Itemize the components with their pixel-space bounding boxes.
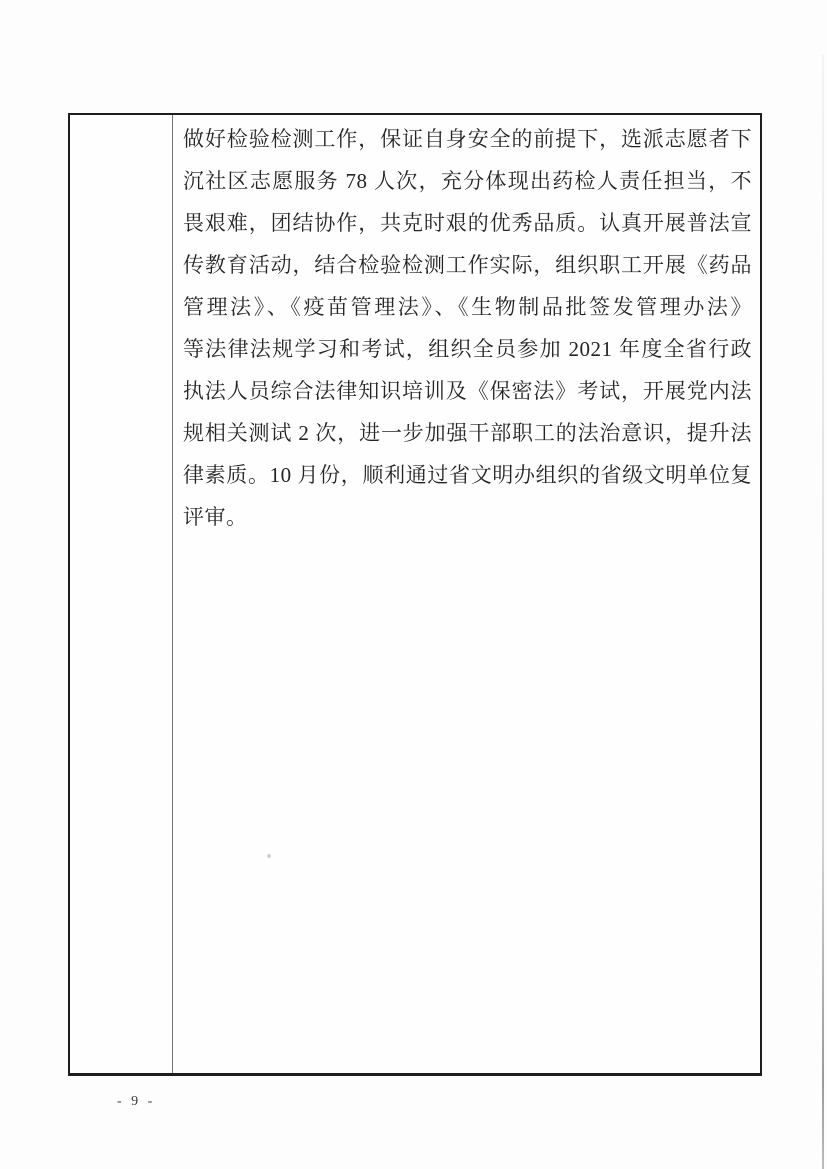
text-line: 管理法》、《疫苗管理法》、《生物制品批签发管理办法》 [183, 286, 752, 328]
text-line: 畏艰难，团结协作，共克时艰的优秀品质。认真开展普法宣 [183, 202, 752, 244]
table-content-cell: 做好检验检测工作，保证自身安全的前提下，选派志愿者下 沉社区志愿服务 78 人次… [173, 115, 760, 1073]
scan-speck [267, 854, 271, 858]
text-line: 等法律法规学习和考试，组织全员参加 2021 年度全省行政 [183, 328, 752, 370]
page-number: - 9 - [117, 1094, 155, 1110]
text-line: 律素质。10 月份，顺利通过省文明办组织的省级文明单位复 [183, 454, 752, 496]
text-line: 规相关测试 2 次，进一步加强干部职工的法治意识，提升法 [183, 412, 752, 454]
text-line: 评审。 [183, 496, 752, 538]
document-page: 做好检验检测工作，保证自身安全的前提下，选派志愿者下 沉社区志愿服务 78 人次… [0, 0, 827, 1169]
table-label-cell [70, 115, 173, 1073]
text-line: 传教育活动，结合检验检测工作实际，组织职工开展《药品 [183, 244, 752, 286]
text-line: 做好检验检测工作，保证自身安全的前提下，选派志愿者下 [183, 118, 752, 160]
scan-edge-artifact [822, 55, 824, 1169]
report-table: 做好检验检测工作，保证自身安全的前提下，选派志愿者下 沉社区志愿服务 78 人次… [68, 113, 762, 1076]
text-line: 执法人员综合法律知识培训及《保密法》考试，开展党内法 [183, 370, 752, 412]
text-line: 沉社区志愿服务 78 人次，充分体现出药检人责任担当，不 [183, 160, 752, 202]
